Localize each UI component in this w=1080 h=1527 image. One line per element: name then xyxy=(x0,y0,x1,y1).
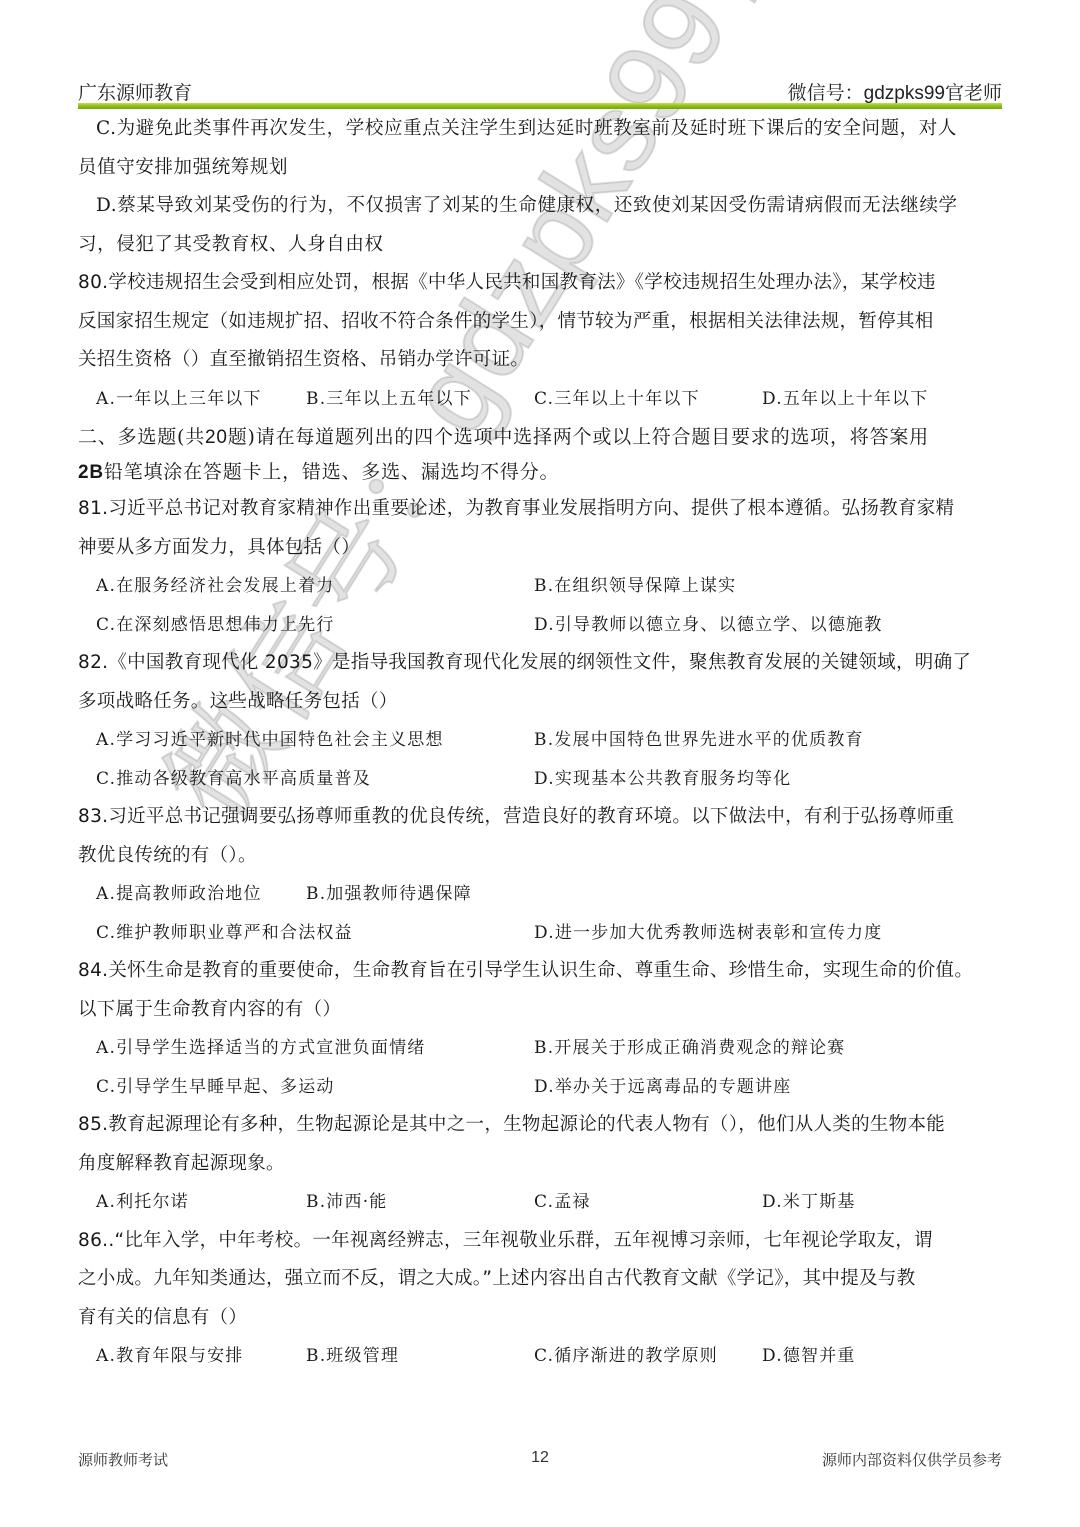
section-title-line2: 2B铅笔填涂在答题卡上，错选、多选、漏选均不得分。 xyxy=(78,455,1002,490)
page-footer: 源师教师考试 12 源师内部资料仅供学员参考 xyxy=(78,1449,1002,1473)
option-a: A.引导学生选择适当的方式宣泄负面情绪 xyxy=(96,1029,534,1068)
question-stem-line: 角度解释教育起源现象。 xyxy=(78,1145,1002,1184)
footer-left: 源师教师考试 xyxy=(78,1449,168,1470)
question-stem-line: 教优良传统的有（）。 xyxy=(78,837,1002,876)
option-b: B.沛西·能 xyxy=(306,1183,534,1222)
question-count: 20 xyxy=(205,427,228,448)
question-82: 82.《中国教育现代化 2035》是指导我国教育现代化发展的纲领性文件，聚焦教育… xyxy=(78,644,1002,798)
question-81: 81.习近平总书记对教育家精神作出重要论述，为教育事业发展指明方向、提供了根本遵… xyxy=(78,490,1002,644)
option-c: C.维护教师职业尊严和合法权益 xyxy=(96,914,534,953)
option-a: A.学习习近平新时代中国特色社会主义思想 xyxy=(96,721,534,760)
question-stem-line: 81.习近平总书记对教育家精神作出重要论述，为教育事业发展指明方向、提供了根本遵… xyxy=(78,490,1002,529)
question-stem-line: 80.学校违规招生会受到相应处罚，根据《中华人民共和国教育法》《学校违规招生处理… xyxy=(78,264,1002,303)
question-stem-line: 关招生资格（）直至撤销招生资格、吊销办学许可证。 xyxy=(78,341,1002,380)
options-row: C.推动各级教育高水平高质量普及 D.实现基本公共教育服务均等化 xyxy=(78,760,1002,799)
question-stem-line: 之小成。九年知类通达，强立而不反，谓之大成。”上述内容出自古代教育文献《学记》，… xyxy=(78,1260,1002,1299)
header-wechat-id: 微信号：gdzpks99官老师 xyxy=(788,78,1002,105)
option-d: D.五年以上十年以下 xyxy=(762,380,928,419)
option-d: D.进一步加大优秀教师选树表彰和宣传力度 xyxy=(534,914,882,953)
header-org-name: 广东源师教育 xyxy=(78,78,192,105)
options-row: A.学习习近平新时代中国特色社会主义思想 B.发展中国特色世界先进水平的优质教育 xyxy=(78,721,1002,760)
option-c: C.三年以上十年以下 xyxy=(534,380,762,419)
question-86: 86..“比年入学，中年考校。一年视离经辨志，三年视敬业乐群，五年视博习亲师，七… xyxy=(78,1222,1002,1376)
question-stem-line: 82.《中国教育现代化 2035》是指导我国教育现代化发展的纲领性文件，聚焦教育… xyxy=(78,644,1002,683)
section-title-part: 题)请在每道题列出的四个选项中选择两个或以上符合题目要求的选项，将答案用 xyxy=(228,426,929,448)
option-b: B.开展关于形成正确消费观念的辩论赛 xyxy=(534,1029,846,1068)
option-d: D.实现基本公共教育服务均等化 xyxy=(534,760,791,799)
wechat-id: gdzpks99 xyxy=(864,83,945,104)
option-c: C.循序渐进的教学原则 xyxy=(534,1337,762,1376)
option-c-line1: C.为避免此类事件再次发生，学校应重点关注学生到达延时班教室前及延时班下课后的安… xyxy=(78,110,1002,149)
option-c: C.推动各级教育高水平高质量普及 xyxy=(96,760,534,799)
page-header: 广东源师教育 微信号：gdzpks99官老师 xyxy=(78,76,1002,106)
options-row: A.提高教师政治地位 B.加强教师待遇保障 xyxy=(78,875,1002,914)
options-row: C.维护教师职业尊严和合法权益 D.进一步加大优秀教师选树表彰和宣传力度 xyxy=(78,914,1002,953)
question-stem-line: 神要从多方面发力，具体包括（） xyxy=(78,529,1002,568)
wechat-suffix: 官老师 xyxy=(945,82,1002,104)
section-2-instructions: 二、多选题(共20题)请在每道题列出的四个选项中选择两个或以上符合题目要求的选项… xyxy=(78,420,1002,490)
option-a: A.教育年限与安排 xyxy=(96,1337,306,1376)
options-row: A.利托尔诺 B.沛西·能 C.孟禄 D.米丁斯基 xyxy=(78,1183,1002,1222)
question-stem-line: 84.关怀生命是教育的重要使命，生命教育旨在引导学生认识生命、尊重生命、珍惜生命… xyxy=(78,952,1002,991)
option-a: A.一年以上三年以下 xyxy=(96,380,306,419)
option-a: A.提高教师政治地位 xyxy=(96,875,306,914)
wechat-label: 微信号： xyxy=(788,82,864,104)
option-c: C.在深刻感悟思想伟力上先行 xyxy=(96,606,534,645)
footer-right: 源师内部资料仅供学员参考 xyxy=(822,1449,1002,1470)
question-stem-line: 以下属于生命教育内容的有（） xyxy=(78,991,1002,1030)
option-b: B.三年以上五年以下 xyxy=(306,380,534,419)
option-a: A.在服务经济社会发展上着力 xyxy=(96,567,534,606)
section-title-line1: 二、多选题(共20题)请在每道题列出的四个选项中选择两个或以上符合题目要求的选项… xyxy=(78,420,1002,455)
question-85: 85.教育起源理论有多种，生物起源论是其中之一，生物起源论的代表人物有（），他们… xyxy=(78,1106,1002,1222)
options-row: A.教育年限与安排 B.班级管理 C.循序渐进的教学原则 D.德智并重 xyxy=(78,1337,1002,1376)
option-d-line2: 习，侵犯了其受教育权、人身自由权 xyxy=(78,226,1002,265)
option-b: B.班级管理 xyxy=(306,1337,534,1376)
option-a: A.利托尔诺 xyxy=(96,1183,306,1222)
option-d: D.举办关于远离毒品的专题讲座 xyxy=(534,1068,791,1107)
section-instruction: 铅笔填涂在答题卡上，错选、多选、漏选均不得分。 xyxy=(104,461,559,483)
option-d: D.引导教师以德立身、以德立学、以德施教 xyxy=(534,606,882,645)
option-c-line2: 员值守安排加强统筹规划 xyxy=(78,149,1002,188)
option-c: C.孟禄 xyxy=(534,1183,762,1222)
options-row: A.一年以上三年以下 B.三年以上五年以下 C.三年以上十年以下 D.五年以上十… xyxy=(78,380,1002,419)
question-stem-line: 多项战略任务。这些战略任务包括（） xyxy=(78,683,1002,722)
option-d: D.德智并重 xyxy=(762,1337,856,1376)
question-stem-line: 86..“比年入学，中年考校。一年视离经辨志，三年视敬业乐群，五年视博习亲师，七… xyxy=(78,1222,1002,1261)
header-rule xyxy=(78,103,1002,109)
question-stem-line: 85.教育起源理论有多种，生物起源论是其中之一，生物起源论的代表人物有（），他们… xyxy=(78,1106,1002,1145)
option-d-line1: D.蔡某导致刘某受伤的行为，不仅损害了刘某的生命健康权，还致使刘某因受伤需请病假… xyxy=(78,187,1002,226)
option-c: C.引导学生早睡早起、多运动 xyxy=(96,1068,534,1107)
section-title-part: 二、多选题(共 xyxy=(78,426,205,448)
question-84: 84.关怀生命是教育的重要使命，生命教育旨在引导学生认识生命、尊重生命、珍惜生命… xyxy=(78,952,1002,1106)
options-row: C.引导学生早睡早起、多运动 D.举办关于远离毒品的专题讲座 xyxy=(78,1068,1002,1107)
options-row: A.引导学生选择适当的方式宣泄负面情绪 B.开展关于形成正确消费观念的辩论赛 xyxy=(78,1029,1002,1068)
question-stem-line: 83.习近平总书记强调要弘扬尊师重教的优良传统，营造良好的教育环境。以下做法中，… xyxy=(78,798,1002,837)
options-row: C.在深刻感悟思想伟力上先行 D.引导教师以德立身、以德立学、以德施教 xyxy=(78,606,1002,645)
option-d: D.米丁斯基 xyxy=(762,1183,856,1222)
page-number: 12 xyxy=(531,1449,549,1467)
pencil-type: 2B xyxy=(78,462,104,483)
question-83: 83.习近平总书记强调要弘扬尊师重教的优良传统，营造良好的教育环境。以下做法中，… xyxy=(78,798,1002,952)
question-stem-line: 育有关的信息有（） xyxy=(78,1299,1002,1338)
question-80: 80.学校违规招生会受到相应处罚，根据《中华人民共和国教育法》《学校违规招生处理… xyxy=(78,264,1002,418)
document-body: C.为避免此类事件再次发生，学校应重点关注学生到达延时班教室前及延时班下课后的安… xyxy=(78,110,1002,1376)
previous-question-continuation: C.为避免此类事件再次发生，学校应重点关注学生到达延时班教室前及延时班下课后的安… xyxy=(78,110,1002,264)
option-b: B.加强教师待遇保障 xyxy=(306,875,472,914)
option-b: B.发展中国特色世界先进水平的优质教育 xyxy=(534,721,864,760)
option-b: B.在组织领导保障上谋实 xyxy=(534,567,736,606)
question-stem-line: 反国家招生规定（如违规扩招、招收不符合条件的学生），情节较为严重，根据相关法律法… xyxy=(78,303,1002,342)
options-row: A.在服务经济社会发展上着力 B.在组织领导保障上谋实 xyxy=(78,567,1002,606)
